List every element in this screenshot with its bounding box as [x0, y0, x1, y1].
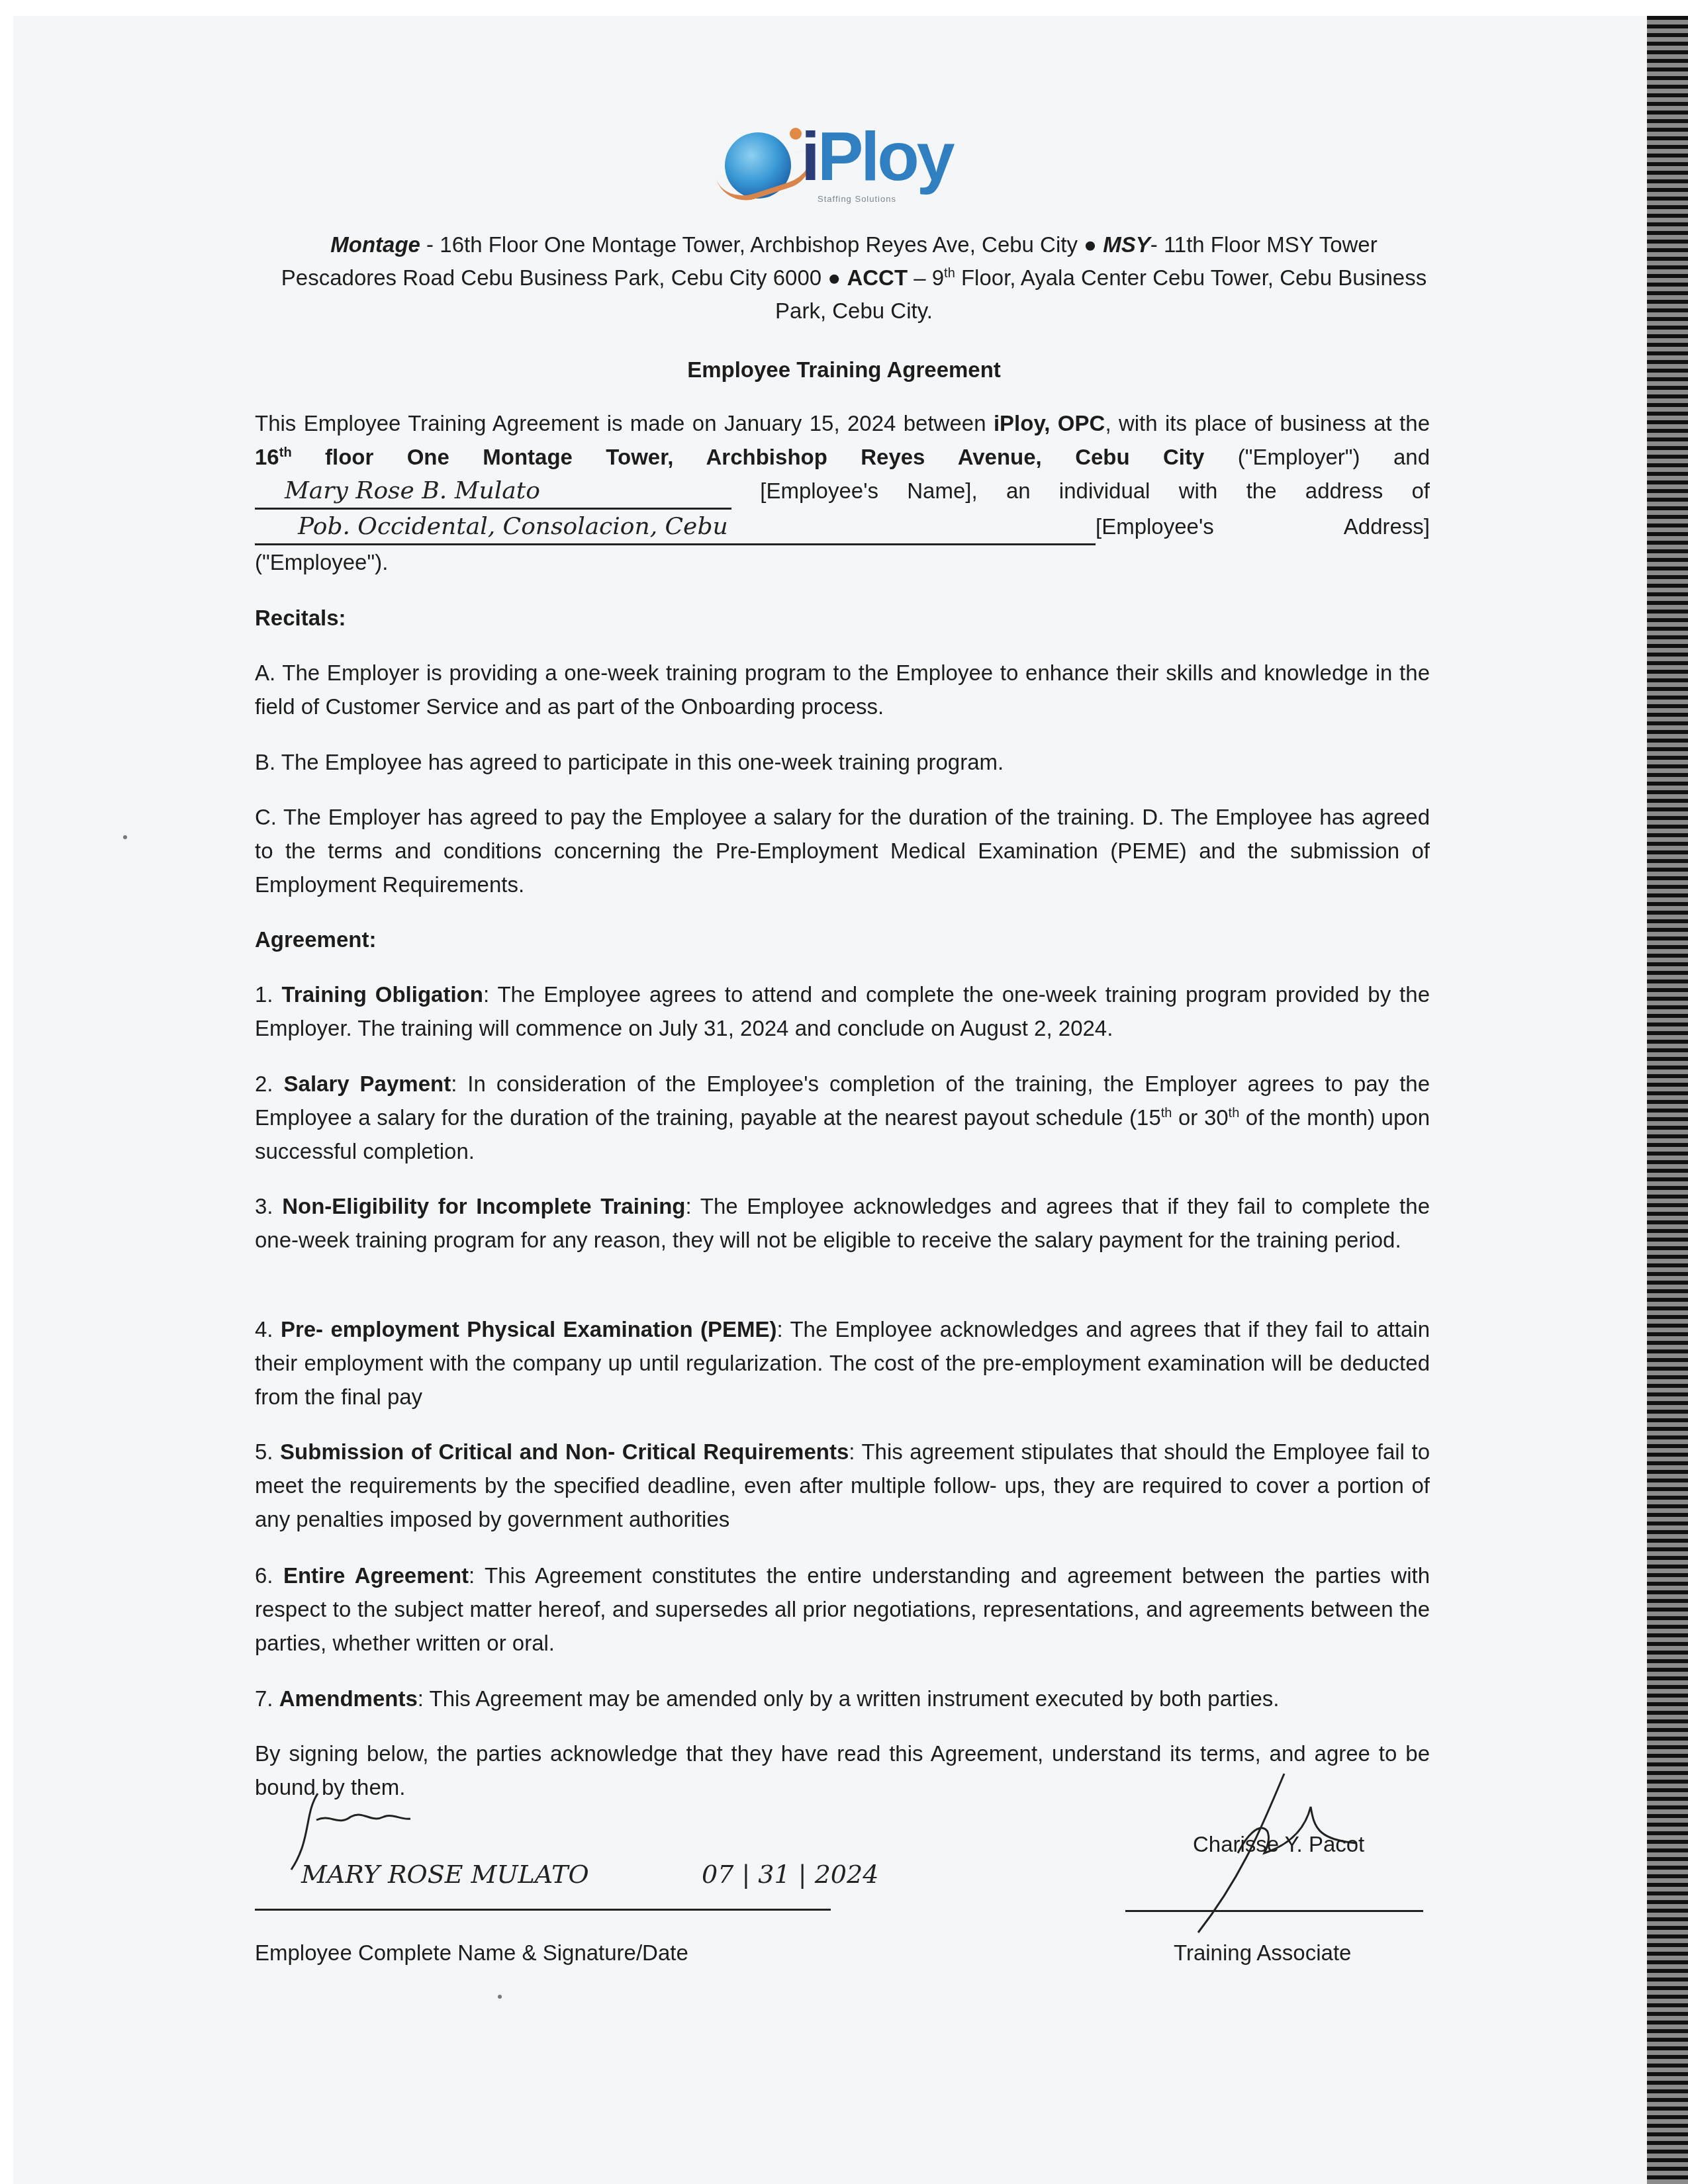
intro-paragraph: This Employee Training Agreement is made…	[255, 406, 1430, 579]
clause-6: 6. Entire Agreement: This Agreement cons…	[255, 1559, 1430, 1660]
recitals-heading: Recitals:	[255, 601, 1430, 635]
associate-caption: Training Associate	[1174, 1940, 1351, 1966]
iploy-logo: iPloy Staffing Solutions	[718, 116, 976, 199]
scan-speck	[123, 835, 127, 839]
person-dot-icon	[790, 128, 802, 140]
employee-signature-line	[255, 1909, 692, 1911]
clause-7: 7. Amendments: This Agreement may be ame…	[255, 1682, 1430, 1715]
employee-date-line	[692, 1909, 831, 1911]
associate-signature-line	[1125, 1910, 1423, 1912]
employee-address-field: Pob. Occidental, Consolacion, Cebu	[255, 510, 1096, 545]
recital-b: B. The Employee has agreed to participat…	[255, 745, 1430, 779]
office-addresses: Montage - 16th Floor One Montage Tower, …	[278, 228, 1430, 328]
employee-name-field: Mary Rose B. Mulato	[255, 474, 731, 510]
clause-2: 2. Salary Payment: In consideration of t…	[255, 1067, 1430, 1168]
recital-c-d: C. The Employer has agreed to pay the Em…	[255, 800, 1430, 901]
clause-5: 5. Submission of Critical and Non- Criti…	[255, 1435, 1430, 1536]
scanner-edge-strip	[1647, 16, 1688, 2184]
recital-a: A. The Employer is providing a one-week …	[255, 656, 1430, 723]
employee-name-handwritten: MARY ROSE MULATO	[301, 1860, 589, 1889]
employee-date-handwritten: 07 | 31 | 2024	[702, 1860, 878, 1889]
associate-name: Charisse Y. Pacot	[1193, 1832, 1364, 1857]
agreement-heading: Agreement:	[255, 923, 1430, 956]
scan-speck	[498, 1995, 502, 1999]
clause-4: 4. Pre- employment Physical Examination …	[255, 1312, 1430, 1414]
document-title: Employee Training Agreement	[0, 357, 1688, 383]
clause-1: 1. Training Obligation: The Employee agr…	[255, 978, 1430, 1045]
brand-name: iPloy	[801, 122, 953, 191]
clause-3: 3. Non-Eligibility for Incomplete Traini…	[255, 1189, 1430, 1257]
brand-tagline: Staffing Solutions	[818, 194, 896, 204]
employee-signature-caption: Employee Complete Name & Signature/Date	[255, 1940, 688, 1966]
